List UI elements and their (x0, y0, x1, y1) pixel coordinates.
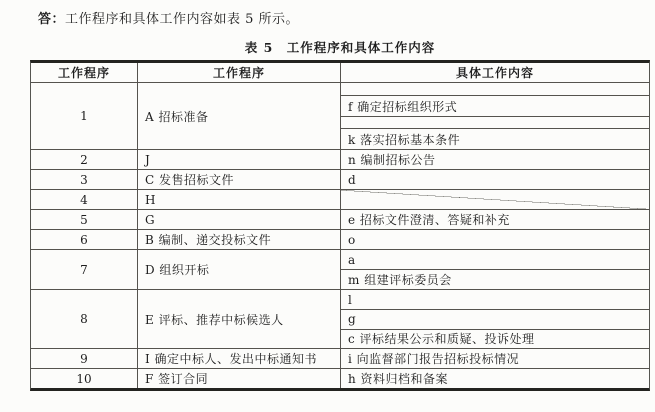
scan-artifact-diagonal-line (341, 190, 649, 209)
row-number-cell: 1 (31, 83, 138, 149)
content-item: g (341, 309, 649, 329)
contents-cell: i 向监督部门报告招标投标情况 (341, 349, 649, 368)
content-item: l (341, 290, 649, 309)
content-item: c 评标结果公示和质疑、投诉处理 (341, 329, 649, 349)
content-item: d (341, 170, 649, 189)
procedure-cell: G (138, 210, 341, 229)
contents-cell: a m 组建评标委员会 (341, 250, 649, 289)
procedure-cell: B 编制、递交投标文件 (138, 230, 341, 249)
contents-cell: l g c 评标结果公示和质疑、投诉处理 (341, 290, 649, 348)
content-item: n 编制招标公告 (341, 150, 649, 169)
contents-cell: o (341, 230, 649, 249)
content-item-blank (341, 116, 649, 128)
table-caption: 表 5 工作程序和具体工作内容 (30, 38, 650, 56)
row-number-cell: 5 (31, 210, 138, 229)
row-number-cell: 9 (31, 349, 138, 368)
header-cell-procedure-no: 工作程序 (31, 63, 138, 82)
document-page: 答：工作程序和具体工作内容如表 5 所示。 表 5 工作程序和具体工作内容 工作… (0, 0, 655, 412)
procedure-cell: A 招标准备 (138, 83, 341, 149)
procedure-cell: D 组织开标 (138, 250, 341, 289)
content-item: h 资料归档和备案 (341, 369, 649, 388)
procedure-cell: E 评标、推荐中标候选人 (138, 290, 341, 348)
work-procedure-table: 工作程序 工作程序 具体工作内容 1 A 招标准备 f 确定招标组织形式 k 落… (30, 60, 650, 391)
procedure-cell: J (138, 150, 341, 169)
row-number-cell: 10 (31, 369, 138, 388)
table-row: 1 A 招标准备 f 确定招标组织形式 k 落实招标基本条件 (31, 82, 649, 149)
answer-line: 答：工作程序和具体工作内容如表 5 所示。 (38, 8, 299, 27)
procedure-cell: I 确定中标人、发出中标通知书 (138, 349, 341, 368)
row-number-cell: 7 (31, 250, 138, 289)
procedure-cell: C 发售招标文件 (138, 170, 341, 189)
row-number-cell: 4 (31, 190, 138, 209)
table-header-row: 工作程序 工作程序 具体工作内容 (31, 63, 649, 82)
content-item: e 招标文件澄清、答疑和补充 (341, 210, 649, 229)
row-number-cell: 3 (31, 170, 138, 189)
answer-text: 工作程序和具体工作内容如表 5 所示。 (65, 12, 299, 27)
table-row: 9 I 确定中标人、发出中标通知书 i 向监督部门报告招标投标情况 (31, 348, 649, 368)
header-cell-content: 具体工作内容 (341, 63, 649, 82)
row-number-cell: 8 (31, 290, 138, 348)
procedure-cell: F 签订合同 (138, 369, 341, 388)
table-row: 7 D 组织开标 a m 组建评标委员会 (31, 249, 649, 289)
content-item: k 落实招标基本条件 (341, 128, 649, 149)
table-row: 6 B 编制、递交投标文件 o (31, 229, 649, 249)
procedure-cell: H (138, 190, 341, 209)
content-item: o (341, 230, 649, 249)
contents-cell: e 招标文件澄清、答疑和补充 (341, 210, 649, 229)
contents-cell: n 编制招标公告 (341, 150, 649, 169)
table-row: 8 E 评标、推荐中标候选人 l g c 评标结果公示和质疑、投诉处理 (31, 289, 649, 348)
table-row: 3 C 发售招标文件 d (31, 169, 649, 189)
contents-cell: f 确定招标组织形式 k 落实招标基本条件 (341, 83, 649, 149)
content-item-blank (341, 83, 649, 95)
table-row: 4 H (31, 189, 649, 209)
answer-prefix: 答： (38, 12, 65, 27)
row-number-cell: 6 (31, 230, 138, 249)
contents-cell (341, 190, 649, 209)
content-item: m 组建评标委员会 (341, 269, 649, 289)
table-row: 10 F 签订合同 h 资料归档和备案 (31, 368, 649, 388)
table-row: 2 J n 编制招标公告 (31, 149, 649, 169)
row-number-cell: 2 (31, 150, 138, 169)
contents-cell: h 资料归档和备案 (341, 369, 649, 388)
contents-cell: d (341, 170, 649, 189)
header-cell-procedure: 工作程序 (138, 63, 341, 82)
content-item: a (341, 250, 649, 269)
content-item: f 确定招标组织形式 (341, 95, 649, 116)
content-item: i 向监督部门报告招标投标情况 (341, 349, 649, 368)
table-row: 5 G e 招标文件澄清、答疑和补充 (31, 209, 649, 229)
